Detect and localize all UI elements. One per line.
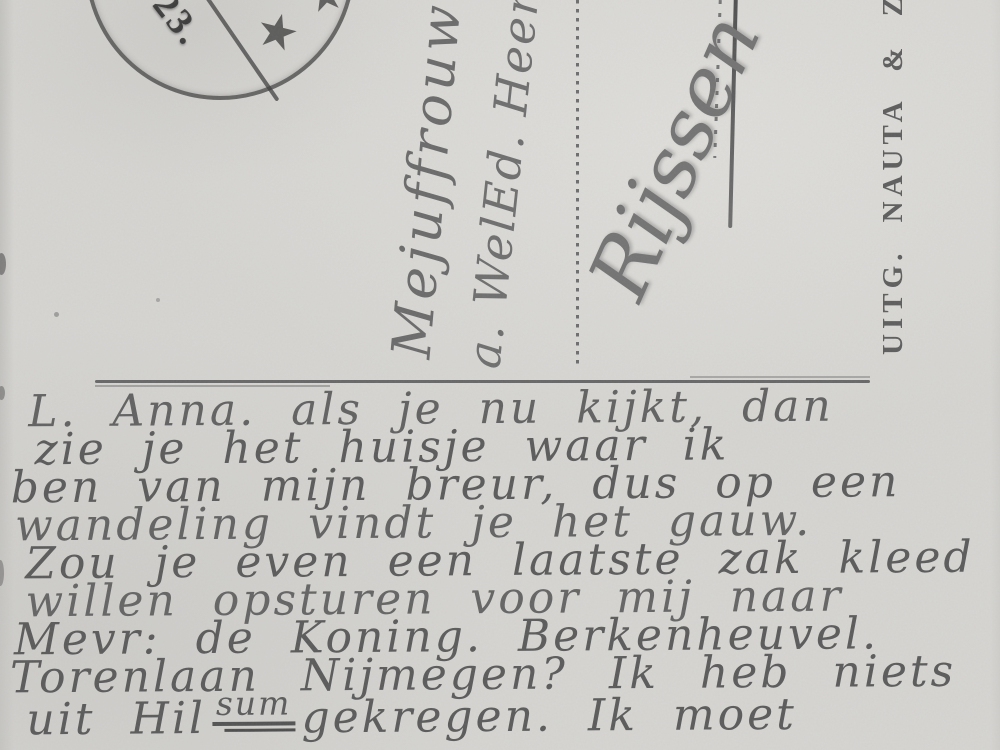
postcard-back: 23. ★ ★ Mejuffrouw a. WelEd. Heer Rijsse… — [0, 0, 1000, 750]
message-text: uit Hil — [26, 693, 206, 745]
message-text: gekregen. Ik moet — [301, 689, 797, 743]
message-block: L. Anna. als je nu kijkt, dan zie je het… — [0, 0, 1000, 750]
paper-smudge — [156, 298, 160, 302]
inserted-word: sum — [212, 686, 296, 726]
message-line-last: uit Hilsumgekregen. Ik moet — [2, 690, 1000, 749]
paper-smudge — [54, 312, 59, 317]
